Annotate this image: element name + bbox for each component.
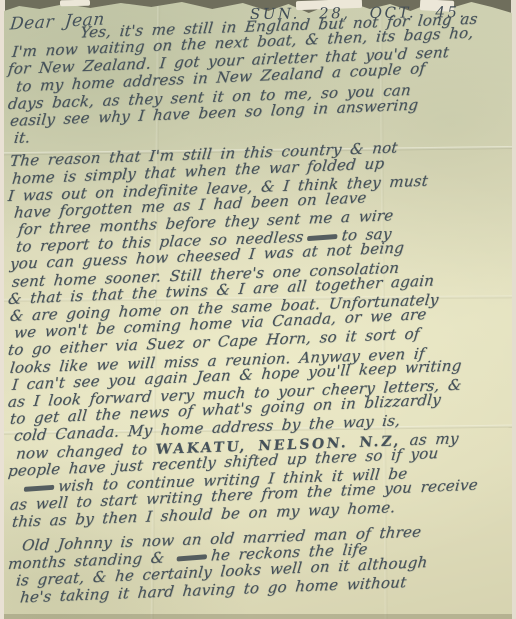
crossed-out-scribble xyxy=(307,234,338,241)
crossed-out-scribble xyxy=(24,484,55,491)
torn-edge-scrap xyxy=(60,0,90,6)
crossed-out-scribble xyxy=(177,553,208,560)
letter-body: Yes, it's me still in England but not fo… xyxy=(8,27,510,607)
scanned-letter: SUN. 28, OCT. 45. Dear Jean Yes, it's me… xyxy=(0,0,516,619)
paper-bottom-shade xyxy=(4,614,512,619)
